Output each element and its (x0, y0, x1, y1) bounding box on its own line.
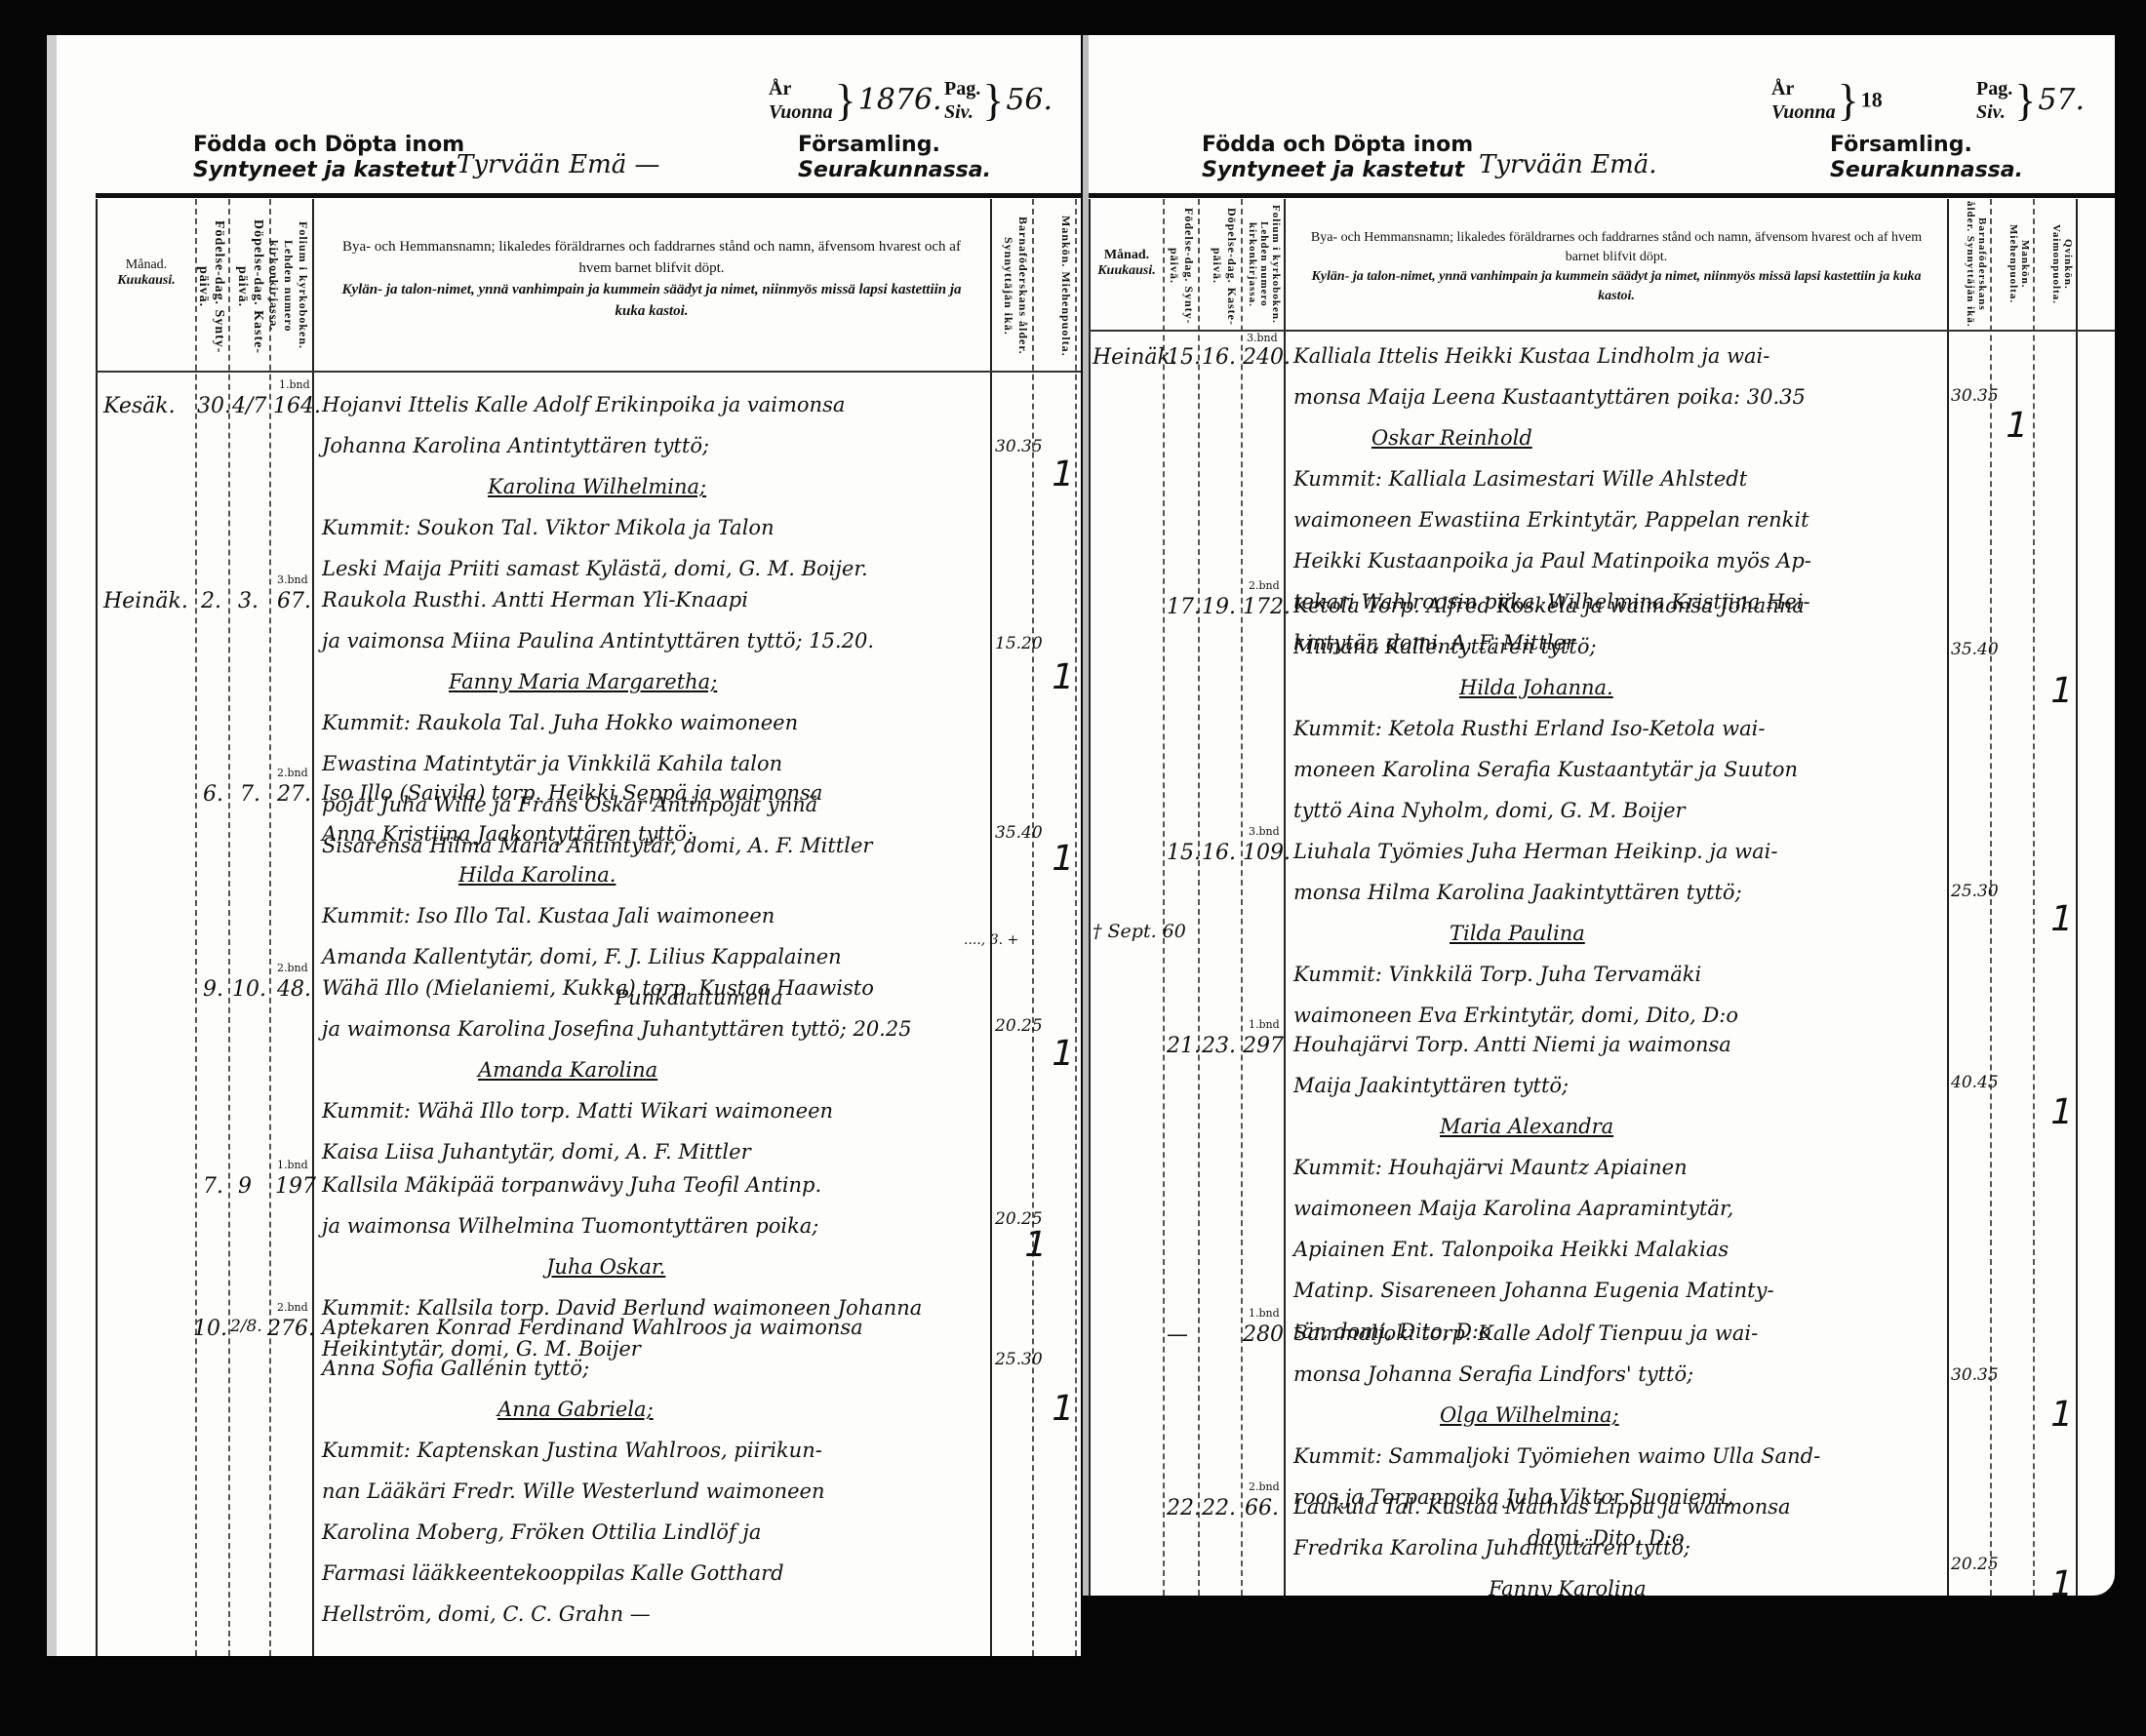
folio-note: 2.bnd (277, 767, 308, 779)
folio-note: 2.bnd (277, 962, 308, 974)
baptism-day-cell: 9 (238, 1174, 252, 1199)
baptism-day-cell: 16. (1202, 841, 1236, 865)
column-divider (269, 199, 271, 1656)
title-fi: Syntyneet ja kastetut (1202, 158, 1473, 183)
mother-age-cell: 30.35 (995, 437, 1043, 456)
column-divider (2033, 199, 2035, 1596)
child-name: Hilda Karolina. (322, 854, 985, 895)
birth-day-cell: 22. (1167, 1496, 1201, 1520)
folio-note: 3.bnd (277, 573, 308, 586)
female-tally: 1 (1048, 1034, 1079, 1074)
folio-cell: 67. (277, 589, 311, 613)
page-label-fi: Siv. (1976, 101, 2006, 123)
parish-name: Tyrvään Emä. (1479, 150, 1657, 179)
birth-day-cell: 15. (1167, 345, 1201, 370)
folio-note: 2.bnd (1249, 1480, 1280, 1493)
child-name: Fanny Maria Margaretha; (322, 661, 985, 702)
brace-icon: } (982, 74, 1004, 126)
column-header-baptism-day: Döpelse-dag. Kaste-päivä. (1202, 205, 1239, 328)
child-name: Tilda Paulina (1293, 913, 1947, 954)
page-label-fi: Siv. (944, 101, 974, 123)
suffix-fi: Seurakunnassa. (1830, 158, 2023, 183)
column-header-month: Månad. Kuukausi. (101, 257, 191, 289)
register-title: Födda och Döpta inom Syntyneet ja kastet… (1202, 133, 1473, 183)
baptism-day-cell: 4/7 (232, 394, 266, 418)
birth-day-cell: 10. (193, 1317, 227, 1341)
birth-day-cell: 17. (1167, 595, 1201, 619)
child-name: Maria Alexandra (1293, 1106, 1947, 1147)
folio-cell: 280 (1243, 1322, 1284, 1347)
female-tally: 1 (2047, 1564, 2078, 1596)
child-name: Hilda Johanna. (1293, 667, 1947, 708)
birth-day-cell: 30. (197, 394, 231, 418)
child-name: Oskar Reinhold (1293, 417, 1947, 458)
ledger-grid: Månad. Kuukausi. Födelse-dag. Synty-päiv… (1089, 199, 2115, 1596)
female-tally: 1 (2047, 671, 2078, 711)
column-header-description: Bya- och Hemmansnamn; likaledes föräldra… (1299, 228, 1933, 306)
month-cell: Heinäk. (103, 589, 188, 613)
folio-note: 3.bnd (1249, 825, 1280, 838)
mother-age-cell: 25.30 (1951, 882, 1999, 901)
page-number-field: Pag.Siv.}56. (944, 74, 1053, 126)
birth-day-cell: — (1167, 1322, 1188, 1347)
column-header-birth-day: Födelse-dag. Synty-päivä. (199, 209, 226, 365)
folio-cell: 240. (1243, 345, 1291, 370)
folio-cell: 172. (1243, 595, 1291, 619)
year-label-sv: År (1771, 78, 1794, 99)
year-field: ÅrVuonna}18 (1771, 74, 1883, 126)
child-name: Juha Oskar. (322, 1246, 985, 1287)
year-value: 1876. (858, 83, 942, 117)
column-header-folio: Folium i kyrkoboken. Lehden numero kirko… (271, 203, 310, 369)
column-header-mother-age: Barnaföderskans ålder. Synnyttäjän ikä. (1949, 201, 1988, 328)
column-header-mother-age: Barnaföderskans ålder. Synnyttäjän ikä. (991, 203, 1030, 369)
column-header-baptism-day: Döpelse-dag. Kaste-päivä. (232, 209, 265, 365)
folio-cell: 276. (267, 1317, 315, 1341)
birth-day-cell: 2. (201, 589, 221, 613)
folio-note: 1.bnd (1249, 1018, 1280, 1031)
birth-day-cell: 15. (1167, 841, 1201, 865)
baptism-day-cell: 2/8. (230, 1317, 262, 1336)
column-divider (1198, 199, 1200, 1596)
mother-age-cell: 40.45 (1951, 1073, 1999, 1092)
parish-suffix: Församling. Seurakunnassa. (1830, 133, 2023, 183)
female-tally: 1 (1048, 657, 1079, 697)
death-note: † Sept. 60 (1093, 921, 1186, 942)
mother-age-cell: 35.40 (995, 823, 1043, 843)
baptism-day-cell: 16. (1202, 345, 1236, 370)
title-sv: Födda och Döpta inom (193, 133, 464, 158)
ledger-grid: Månad. Kuukausi. Födelse-dag. Synty-päiv… (57, 199, 1081, 1656)
mother-age-cell: 25.30 (995, 1350, 1043, 1369)
year-label-sv: År (769, 78, 791, 99)
record-text: Laukula Tal. Kustaa Mathias Lippu ja wai… (1293, 1486, 1947, 1596)
brace-icon: } (2014, 74, 2036, 126)
column-divider (1241, 199, 1243, 1596)
column-header-female: Qvinkön. Vaimonpuolta. (2035, 201, 2074, 328)
folio-note: 1.bnd (279, 378, 310, 391)
page-value: 56. (1006, 83, 1053, 117)
register-title: Födda och Döpta inom Syntyneet ja kastet… (193, 133, 464, 183)
page-number-field: Pag.Siv.}57. (1976, 74, 2085, 126)
mother-age-cell: 15.20 (995, 634, 1043, 653)
baptism-day-cell: 3. (238, 589, 258, 613)
female-tally: 1 (1048, 454, 1079, 494)
column-divider (2076, 199, 2078, 1596)
record-text: Hojanvi Ittelis Kalle Adolf Erikinpoika … (322, 384, 985, 589)
column-header-male: Mankön. Miehenpuolta. (1992, 201, 2031, 328)
column-divider (1947, 199, 1949, 1596)
child-name: Amanda Karolina (322, 1049, 985, 1090)
folio-cell: 109. (1243, 841, 1291, 865)
baptism-day-cell: 22. (1202, 1496, 1236, 1520)
title-sv: Födda och Döpta inom (1202, 133, 1473, 158)
column-divider (1032, 199, 1034, 1656)
column-divider (1089, 199, 1091, 1596)
column-divider (1163, 199, 1165, 1596)
folio-cell: 164. (273, 394, 321, 418)
baptism-day-cell: 7. (240, 782, 260, 807)
male-tally: 1 (2002, 406, 2033, 446)
page-label-sv: Pag. (1976, 78, 2012, 99)
record-text: Liuhala Työmies Juha Herman Heikinp. ja … (1293, 831, 1947, 1036)
column-divider (1284, 199, 1286, 1596)
folio-cell: 48. (277, 977, 311, 1002)
folio-cell: 27. (277, 782, 311, 807)
female-tally: 1 (1048, 839, 1079, 879)
baptism-day-cell: 10. (232, 977, 266, 1002)
column-header-folio: Folium i kyrkoboken. Lehden numero kirko… (1243, 201, 1282, 328)
folio-cell: 197 (275, 1174, 316, 1199)
year-value: 18 (1861, 88, 1883, 112)
brace-icon: } (835, 74, 856, 126)
parish-suffix: Församling. Seurakunnassa. (798, 133, 991, 183)
mother-age-cell: 30.35 (1951, 386, 1999, 406)
page-value: 57. (2038, 83, 2085, 117)
mother-age-cell: 35.40 (1951, 640, 1999, 659)
right-ledger-page: ÅrVuonna}18 Pag.Siv.}57. Födda och Döpta… (1083, 35, 2115, 1596)
suffix-sv: Församling. (1830, 133, 2023, 158)
header-rule (1089, 193, 2115, 198)
record-text: Houhajärvi Torp. Antti Niemi ja waimonsa… (1293, 1024, 1947, 1352)
folio-note: 2.bnd (277, 1301, 308, 1314)
folio-note: 3.bnd (1247, 332, 1278, 344)
record-text: Wähä Illo (Mielaniemi, Kukka) torp. Kust… (322, 967, 985, 1172)
column-header-description: Byа- och Hemmansnamn; likaledes föräldra… (339, 236, 964, 322)
baptism-day-cell: 23. (1202, 1034, 1236, 1058)
year-label-fi: Vuonna (769, 101, 833, 123)
left-ledger-page: ÅrVuonna}1876. Pag.Siv.}56. Födda och Dö… (47, 35, 1081, 1656)
page-label-sv: Pag. (944, 78, 980, 99)
column-divider (96, 199, 98, 1656)
month-cell: Heinäk. (1093, 345, 1177, 370)
column-divider (1075, 199, 1077, 1656)
column-divider (990, 199, 992, 1656)
header-bottom-rule (1089, 330, 2115, 332)
suffix-fi: Seurakunnassa. (798, 158, 991, 183)
birth-day-cell: 9. (203, 977, 223, 1002)
female-tally: 1 (2047, 1395, 2078, 1435)
header-rule (96, 193, 1081, 198)
child-name: Fanny Karolina (1293, 1568, 1947, 1596)
year-field: ÅrVuonna}1876. (769, 74, 942, 126)
column-header-month: Månad. Kuukausi. (1093, 248, 1161, 279)
brace-icon: } (1838, 74, 1859, 126)
birth-day-cell: 6. (203, 782, 223, 807)
female-tally: 1 (1048, 1389, 1079, 1429)
year-label-fi: Vuonna (1771, 101, 1836, 123)
column-header-male: Mankön. Miehenpuolta. (1034, 203, 1073, 369)
folio-note: 1.bnd (1249, 1307, 1280, 1320)
child-name: Karolina Wilhelmina; (322, 466, 985, 507)
male-tally: 1 (1020, 1225, 1052, 1265)
margin-note: ...., 3. + (964, 932, 1018, 948)
column-header-birth-day: Födelse-dag. Synty-päivä. (1167, 205, 1196, 328)
title-fi: Syntyneet ja kastetut (193, 158, 464, 183)
record-text: Ketola Torp. Alfred Koskela ja waimonsa … (1293, 585, 1947, 831)
birth-day-cell: 7. (203, 1174, 223, 1199)
month-cell: Kesäk. (103, 394, 176, 418)
folio-cell: 66. (1245, 1496, 1279, 1520)
folio-cell: 297 (1243, 1034, 1284, 1058)
child-name: Olga Wilhelmina; (1293, 1395, 1947, 1436)
baptism-day-cell: 19. (1202, 595, 1236, 619)
female-tally: 1 (2047, 1092, 2078, 1132)
mother-age-cell: 20.25 (995, 1016, 1043, 1036)
female-tally: 1 (2047, 899, 2078, 939)
folio-note: 1.bnd (277, 1159, 308, 1171)
suffix-sv: Församling. (798, 133, 991, 158)
header-bottom-rule (96, 371, 1081, 373)
mother-age-cell: 20.25 (1951, 1555, 1999, 1574)
mother-age-cell: 30.35 (1951, 1365, 1999, 1385)
parish-name: Tyrvään Emä — (457, 150, 660, 179)
birth-day-cell: 21. (1167, 1034, 1201, 1058)
child-name: Anna Gabriela; (322, 1389, 985, 1430)
folio-note: 2.bnd (1249, 579, 1280, 592)
record-text: Aptekaren Konrad Ferdinand Wahlroos ja w… (322, 1307, 985, 1635)
